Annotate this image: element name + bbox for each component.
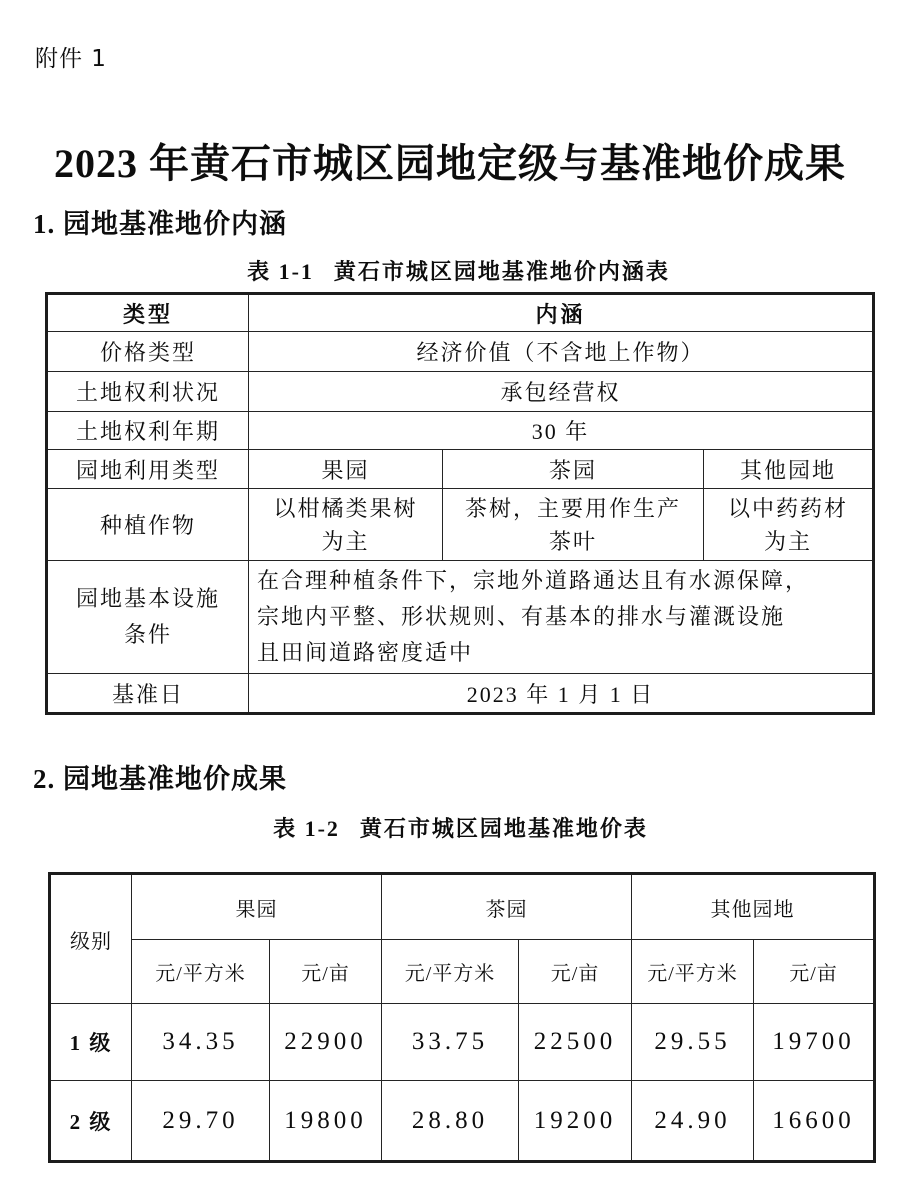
- benchmark-price-table: 级别 果园 茶园 其他园地 元/平方米 元/亩 元/平方米 元/亩 元/平方米 …: [48, 872, 876, 1163]
- level-cell: 2 级: [50, 1081, 132, 1162]
- table1-caption: 表 1-1黄石市城区园地基准地价内涵表: [45, 255, 872, 286]
- row-label-facility: 园地基本设施 条件: [47, 561, 249, 674]
- row-label-base-date: 基准日: [47, 674, 249, 714]
- table-row: 元/平方米 元/亩 元/平方米 元/亩 元/平方米 元/亩: [50, 940, 875, 1004]
- table2-caption-number: 表 1-2: [273, 816, 340, 841]
- price-cell-tea-mu: 19200: [519, 1081, 632, 1162]
- table-row: 级别 果园 茶园 其他园地: [50, 874, 875, 940]
- price-cell-other-mu: 19700: [754, 1004, 875, 1081]
- cell-facility-value: 在合理种植条件下，宗地外道路通达且有水源保障， 宗地内平整、形状规则、有基本的排…: [249, 561, 874, 674]
- attachment-label: 附件 1: [35, 40, 107, 73]
- unit-header-tea-mu: 元/亩: [519, 940, 632, 1004]
- table-row: 园地利用类型 果园 茶园 其他园地: [47, 450, 874, 489]
- section-heading-2: 2. 园地基准地价成果: [33, 757, 287, 796]
- row-label-price-type: 价格类型: [47, 332, 249, 372]
- cell-use-type-other: 其他园地: [704, 450, 874, 489]
- table2-group-orchard: 果园: [132, 874, 382, 940]
- cell-right-status-value: 承包经营权: [249, 372, 874, 412]
- table-row: 类型 内涵: [47, 294, 874, 332]
- price-cell-orchard-mu: 22900: [270, 1004, 382, 1081]
- row-label-use-type: 园地利用类型: [47, 450, 249, 489]
- unit-header-other-sqm: 元/平方米: [632, 940, 754, 1004]
- table2-header-level: 级别: [50, 874, 132, 1004]
- table-row: 种植作物 以柑橘类果树 为主 茶树，主要用作生产 茶叶 以中药药材 为主: [47, 489, 874, 561]
- cell-right-term-value: 30 年: [249, 412, 874, 450]
- row-label-right-status: 土地权利状况: [47, 372, 249, 412]
- unit-header-tea-sqm: 元/平方米: [382, 940, 519, 1004]
- price-cell-orchard-sqm: 34.35: [132, 1004, 270, 1081]
- table2-caption: 表 1-2黄石市城区园地基准地价表: [48, 812, 873, 843]
- table-row: 土地权利年期 30 年: [47, 412, 874, 450]
- cell-crops-tea: 茶树，主要用作生产 茶叶: [443, 489, 704, 561]
- table-row: 基准日 2023 年 1 月 1 日: [47, 674, 874, 714]
- section-heading-1: 1. 园地基准地价内涵: [33, 202, 287, 241]
- unit-header-orchard-sqm: 元/平方米: [132, 940, 270, 1004]
- price-cell-orchard-mu: 19800: [270, 1081, 382, 1162]
- table1-header-meaning: 内涵: [249, 294, 874, 332]
- table1-caption-text: 黄石市城区园地基准地价内涵表: [334, 259, 670, 284]
- cell-use-type-orchard: 果园: [249, 450, 443, 489]
- table2-group-other: 其他园地: [632, 874, 875, 940]
- cell-price-type-value: 经济价值（不含地上作物）: [249, 332, 874, 372]
- price-cell-orchard-sqm: 29.70: [132, 1081, 270, 1162]
- price-cell-other-sqm: 29.55: [632, 1004, 754, 1081]
- price-cell-tea-mu: 22500: [519, 1004, 632, 1081]
- price-cell-tea-sqm: 28.80: [382, 1081, 519, 1162]
- table1-caption-number: 表 1-1: [247, 259, 314, 284]
- document-page: 附件 1 2023 年黄石市城区园地定级与基准地价成果 1. 园地基准地价内涵 …: [0, 0, 900, 1187]
- price-cell-tea-sqm: 33.75: [382, 1004, 519, 1081]
- cell-use-type-tea: 茶园: [443, 450, 704, 489]
- table-row: 园地基本设施 条件 在合理种植条件下，宗地外道路通达且有水源保障， 宗地内平整、…: [47, 561, 874, 674]
- land-price-connotation-table: 类型 内涵 价格类型 经济价值（不含地上作物） 土地权利状况 承包经营权 土地权…: [45, 292, 875, 715]
- cell-base-date-value: 2023 年 1 月 1 日: [249, 674, 874, 714]
- cell-crops-other: 以中药药材 为主: [704, 489, 874, 561]
- table-row-level-1: 1 级 34.35 22900 33.75 22500 29.55 19700: [50, 1004, 875, 1081]
- unit-header-orchard-mu: 元/亩: [270, 940, 382, 1004]
- table-row: 土地权利状况 承包经营权: [47, 372, 874, 412]
- table2-caption-text: 黄石市城区园地基准地价表: [360, 816, 648, 841]
- unit-header-other-mu: 元/亩: [754, 940, 875, 1004]
- cell-crops-orchard: 以柑橘类果树 为主: [249, 489, 443, 561]
- page-title: 2023 年黄石市城区园地定级与基准地价成果: [0, 132, 900, 189]
- price-cell-other-mu: 16600: [754, 1081, 875, 1162]
- level-cell: 1 级: [50, 1004, 132, 1081]
- table-row: 价格类型 经济价值（不含地上作物）: [47, 332, 874, 372]
- table-row-level-2: 2 级 29.70 19800 28.80 19200 24.90 16600: [50, 1081, 875, 1162]
- row-label-crops: 种植作物: [47, 489, 249, 561]
- table2-group-tea: 茶园: [382, 874, 632, 940]
- table1-header-type: 类型: [47, 294, 249, 332]
- price-cell-other-sqm: 24.90: [632, 1081, 754, 1162]
- row-label-right-term: 土地权利年期: [47, 412, 249, 450]
